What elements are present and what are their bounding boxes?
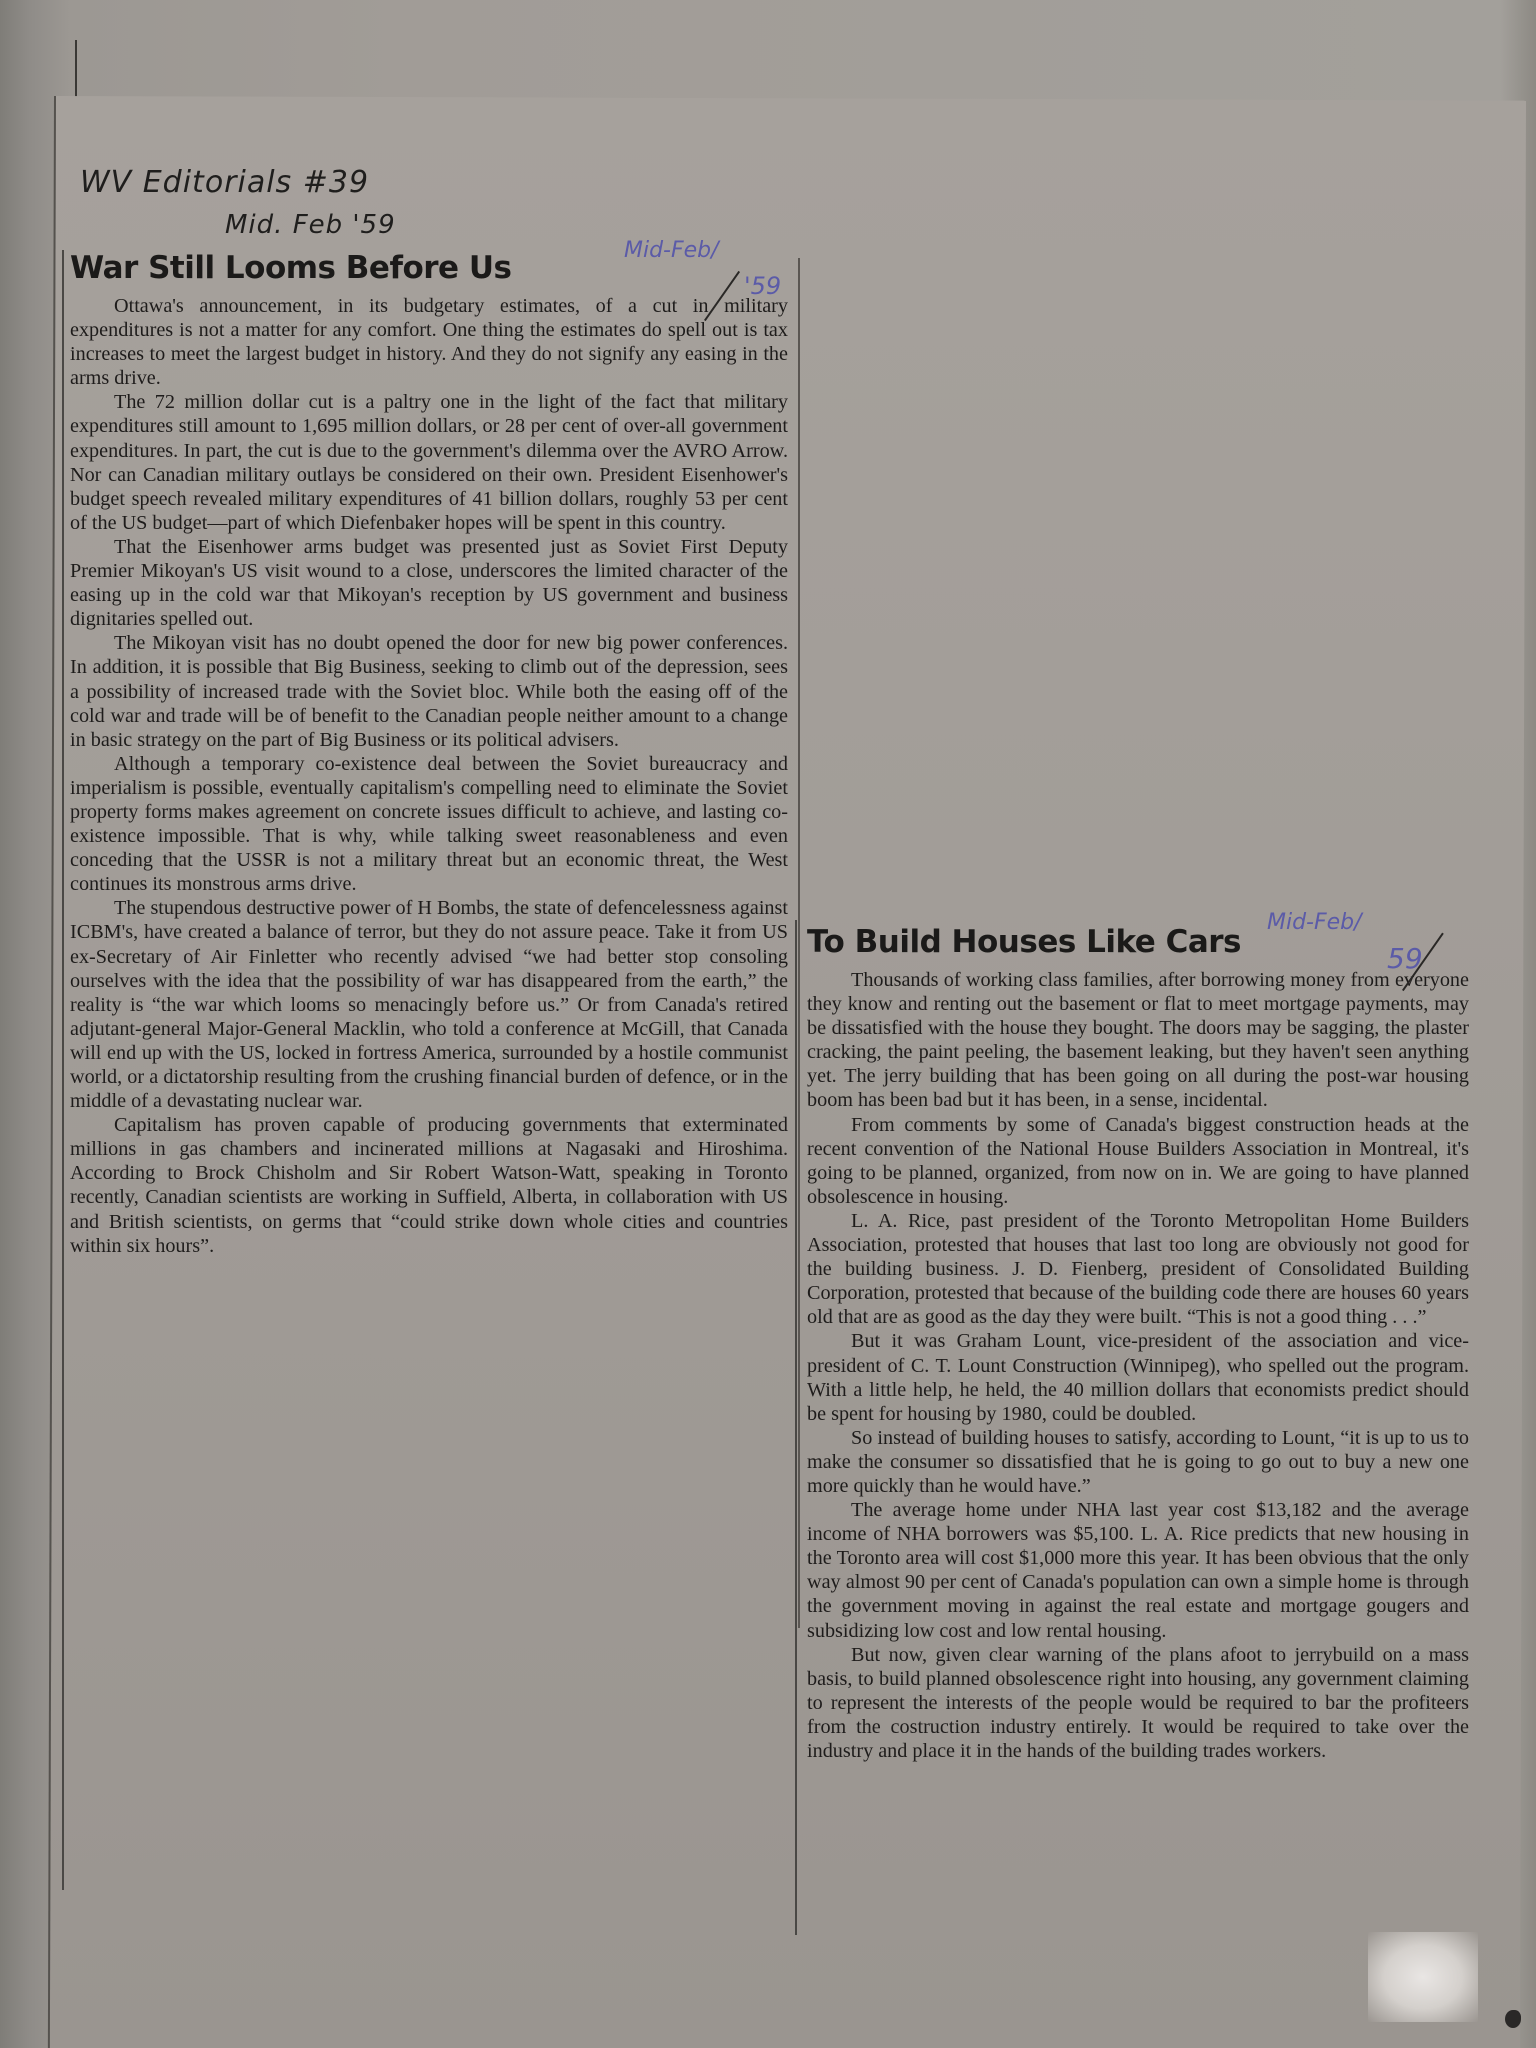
clipping-build-houses-like-cars: To Build Houses Like Cars Mid-Feb/ 59 Th… xyxy=(795,920,1487,1935)
thumbtack-icon xyxy=(1505,2010,1521,2028)
paragraph: The Mikoyan visit has no doubt opened th… xyxy=(70,631,788,751)
date-annotation: Mid-Feb/ xyxy=(624,238,719,263)
article-headline: To Build Houses Like Cars xyxy=(807,924,1487,960)
paragraph: The stupendous destructive power of H Bo… xyxy=(70,896,788,1113)
paragraph: Although a temporary co-existence deal b… xyxy=(70,752,788,897)
article-body: Thousands of working class families, aft… xyxy=(797,968,1487,1763)
paragraph: But it was Graham Lount, vice-president … xyxy=(807,1329,1469,1425)
handwritten-note-title: WV Editorials #39 xyxy=(80,165,369,200)
paragraph: But now, given clear warning of the plan… xyxy=(807,1643,1469,1763)
handwritten-note-date: Mid. Feb '59 xyxy=(225,210,396,240)
paragraph: Capitalism has proven capable of produci… xyxy=(70,1113,788,1258)
paragraph: Ottawa's announcement, in its budgetary … xyxy=(70,294,788,390)
clipping-war-still-looms: War Still Looms Before Us Mid-Feb/ '59 O… xyxy=(62,250,794,1890)
backboard-edge-line xyxy=(75,40,77,100)
paragraph: The 72 million dollar cut is a paltry on… xyxy=(70,390,788,535)
article-body: Ottawa's announcement, in its budgetary … xyxy=(64,294,794,1258)
paragraph: Thousands of working class families, aft… xyxy=(807,968,1469,1113)
paragraph: That the Eisenhower arms budget was pres… xyxy=(70,535,788,631)
paragraph: So instead of building houses to satisfy… xyxy=(807,1426,1469,1498)
paragraph: L. A. Rice, past president of the Toront… xyxy=(807,1209,1469,1329)
date-annotation: Mid-Feb/ xyxy=(1267,910,1362,935)
light-glare xyxy=(1368,1932,1478,2022)
paragraph: From comments by some of Canada's bigges… xyxy=(807,1113,1469,1209)
date-annotation-year: '59 xyxy=(744,272,781,300)
paragraph: The average home under NHA last year cos… xyxy=(807,1498,1469,1643)
